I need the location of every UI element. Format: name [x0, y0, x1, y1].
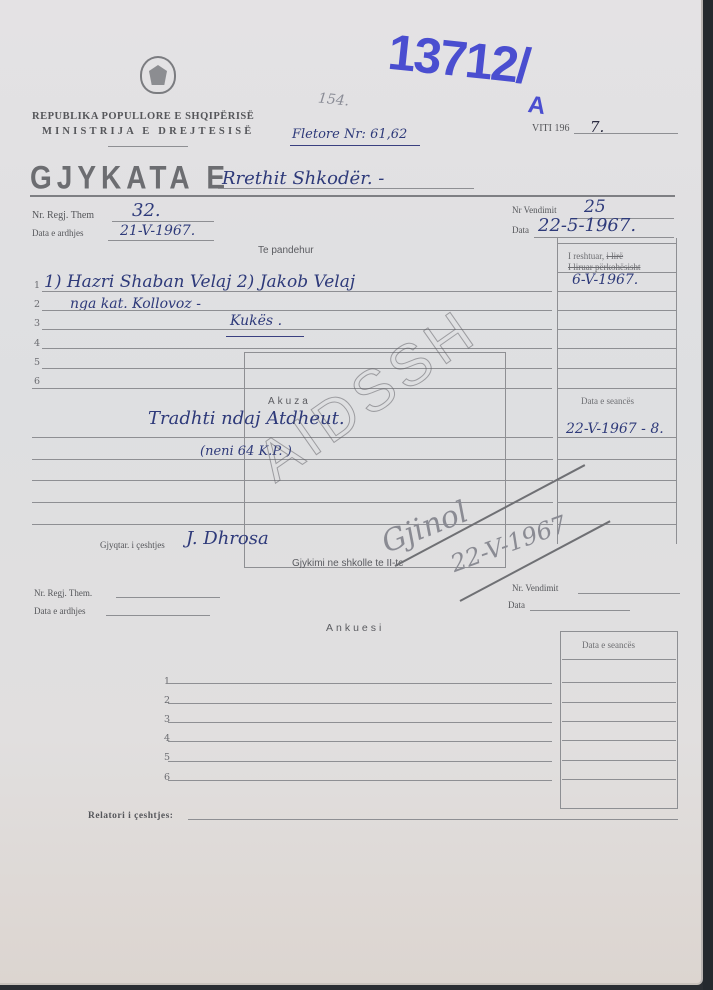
row-number: 5 — [34, 357, 40, 368]
status-struck-2: I liruar përkohësisht — [568, 262, 640, 272]
row-number: 2 — [34, 299, 40, 310]
defendants-heading: Te pandehur — [258, 245, 314, 256]
underline — [226, 336, 304, 337]
row-line — [168, 703, 552, 704]
verdict-value: 25 — [584, 197, 606, 217]
column-border — [676, 238, 677, 544]
row-line — [168, 761, 552, 762]
rapporteur-underline — [188, 819, 678, 820]
col-line — [562, 659, 676, 660]
row-number: 4 — [164, 733, 170, 744]
file-note: Fletore Nr: 61,62 — [292, 127, 407, 142]
page-count-note: 154. — [317, 90, 350, 109]
court-name-underline — [218, 188, 474, 189]
header-rule — [30, 195, 675, 197]
row-line — [32, 524, 244, 525]
col-line — [557, 388, 676, 389]
col-line — [562, 760, 676, 761]
rapporteur-label: Relatori i çeshtjes: — [88, 811, 173, 821]
status-struck-1: i lirë — [606, 251, 623, 261]
row-line — [168, 741, 552, 742]
document-page: REPUBLIKA POPULLORE E SHQIPËRISË MINISTR… — [0, 0, 703, 985]
reg-label: Nr. Regj. Them — [32, 210, 94, 221]
year-underline — [574, 133, 678, 134]
row-number: 1 — [164, 676, 170, 687]
col-line — [557, 329, 676, 330]
defendant-line-3: Kukës . — [230, 313, 282, 329]
date-value: 22-5-1967. — [538, 215, 636, 236]
verdict-underline-2 — [578, 593, 680, 594]
col-line — [557, 291, 676, 292]
defendant-line-1: 1) Hazri Shaban Velaj 2) Jakob Velaj — [44, 272, 355, 292]
row-line — [505, 459, 553, 460]
reg-label-2: Nr. Regj. Them. — [34, 588, 92, 598]
verdict-label-2: Nr. Vendimit — [512, 583, 558, 593]
col-line — [557, 502, 676, 503]
judge-label: Gjyqtar. i çeshtjes — [100, 540, 165, 550]
col-line — [557, 524, 676, 525]
col-line — [562, 682, 676, 683]
date-label: Data — [512, 225, 529, 235]
row-line — [32, 480, 244, 481]
reg-underline — [112, 221, 214, 222]
row-line — [42, 291, 552, 292]
col-line — [562, 779, 676, 780]
arrival-underline-2 — [106, 615, 210, 616]
judge-value: J. Dhrosa — [186, 528, 269, 549]
divider — [108, 146, 188, 147]
archive-suffix: A — [526, 91, 547, 121]
arrival-label: Data e ardhjes — [32, 228, 83, 238]
court-title: GJYKATA E — [30, 160, 230, 197]
file-note-underline — [290, 145, 420, 146]
row-line — [168, 683, 552, 684]
col-line — [557, 437, 676, 438]
row-number: 4 — [34, 338, 40, 349]
row-number: 6 — [164, 772, 170, 783]
appeal-heading: Gjykimi ne shkolle te II-te — [292, 558, 404, 569]
arrival-underline — [108, 240, 214, 241]
session-heading-2: Data e seancës — [582, 640, 635, 650]
box-line — [245, 502, 505, 503]
col-line — [557, 310, 676, 311]
col-line — [557, 480, 676, 481]
status-value: 6-V-1967. — [572, 272, 638, 288]
background-edge — [703, 0, 713, 990]
state-emblem-icon — [140, 56, 176, 94]
row-number: 2 — [164, 695, 170, 706]
arrival-label-2: Data e ardhjes — [34, 606, 85, 616]
session-heading: Data e seancës — [581, 396, 634, 406]
row-line — [42, 310, 552, 311]
col-line — [562, 702, 676, 703]
row-line — [168, 722, 552, 723]
reg-value: 32. — [132, 200, 161, 221]
row-number: 6 — [34, 376, 40, 387]
verdict-label: Nr Vendimit — [512, 205, 557, 215]
col-line — [562, 740, 676, 741]
republic-header: REPUBLIKA POPULLORE E SHQIPËRISË — [32, 111, 254, 122]
date-label-2: Data — [508, 600, 525, 610]
appellant-heading: Ankuesi — [326, 622, 384, 634]
column-border — [557, 238, 558, 544]
status-label: I reshtuar, — [568, 251, 604, 261]
date-underline — [534, 237, 674, 238]
date-underline-2 — [530, 610, 630, 611]
ministry-header: MINISTRIJA E DREJTESISË — [42, 126, 254, 137]
col-line — [557, 368, 676, 369]
row-number: 3 — [34, 318, 40, 329]
session-box-2 — [560, 631, 678, 809]
col-line — [557, 459, 676, 460]
court-name: Rrethit Shkodër. - — [222, 168, 384, 189]
col-line — [557, 243, 676, 244]
arrival-value: 21-V-1967. — [120, 223, 195, 239]
session-value: 22-V-1967 - 8. — [566, 421, 664, 437]
row-line — [505, 480, 553, 481]
col-line — [557, 348, 676, 349]
row-line — [505, 437, 553, 438]
row-line — [32, 437, 244, 438]
reg-underline-2 — [116, 597, 220, 598]
row-number: 1 — [34, 280, 40, 291]
year-label: VITI 196 — [532, 123, 570, 134]
row-line — [32, 502, 244, 503]
row-number: 3 — [164, 714, 170, 725]
archive-number: 13712/ — [385, 23, 531, 95]
col-line — [562, 721, 676, 722]
row-line — [168, 780, 552, 781]
row-line — [32, 459, 244, 460]
